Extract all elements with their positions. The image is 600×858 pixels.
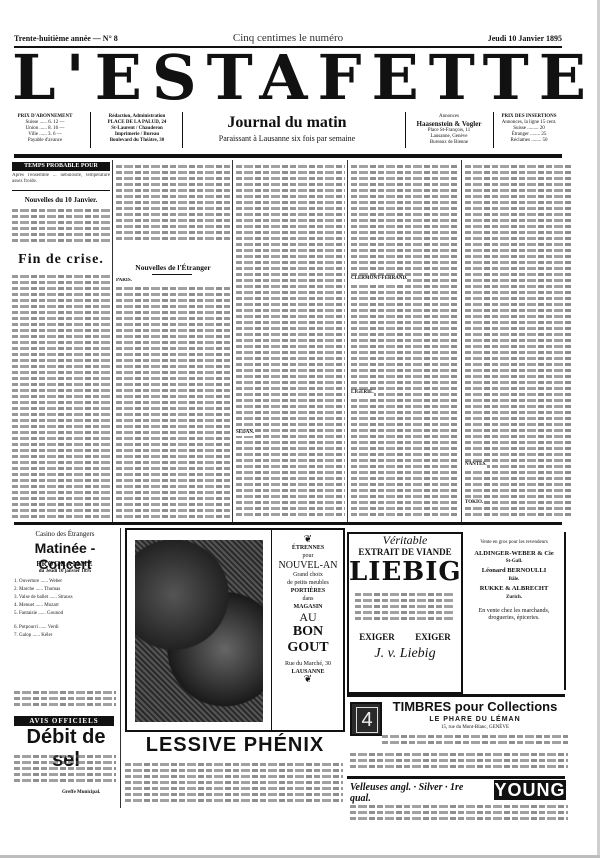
liebig-ad: Véritable EXTRAIT DE VIANDE LIEBIG EXIGE… [347, 532, 463, 694]
stamp-number: 4 [356, 707, 378, 733]
annonces-line: Bureaux de Bienne [408, 140, 490, 146]
text-lines [355, 590, 455, 623]
masthead-rule [14, 154, 562, 158]
foreign-news-body: PARIS. [116, 278, 230, 520]
bon-gout-text: ❦ ÉTRENNES pour NOUVEL-AN Grand choix de… [273, 536, 343, 684]
text-lines [350, 750, 568, 771]
section-rule [12, 190, 110, 191]
article-body: CLERMONT-FERRAND. LIGERIE. [351, 162, 459, 520]
bon-gout-line: NOUVEL-AN [273, 560, 343, 571]
column-divider [461, 160, 462, 522]
dateline-nantes: NANTES. [465, 462, 487, 468]
annonces-box: Annonces Haasenstein & Vogler Place St-F… [408, 114, 490, 146]
timbres-body [382, 732, 568, 748]
text-lines [14, 688, 116, 709]
box-divider [493, 112, 494, 148]
ad-divider [271, 530, 272, 730]
program-item: 7. Galop ...... Kéler [14, 632, 116, 640]
weather-text: Après l'ensemble ... nébulosité, tempéra… [12, 173, 110, 187]
program-item: 2. Marche ...... Thomas [14, 586, 116, 594]
bon-gout-line: Grand choix [273, 571, 343, 579]
bon-gout-line: pour [273, 552, 343, 560]
young-tagline: Velleuses angl. · Silver · 1re qual. [350, 782, 480, 804]
ad-rule [347, 776, 565, 779]
program-item: 6. Potpourri ...... Verdi [14, 624, 116, 632]
ornament-icon: ❦ [273, 536, 343, 544]
ads-top-rule [14, 522, 562, 525]
liebig-line: Véritable [349, 534, 461, 547]
dealers-ad: Vente en gros pour les revendeurs ALDING… [464, 532, 566, 690]
box-divider [90, 112, 91, 148]
subscription-box: PRIX D'ABONNEMENT Suisse ...... 6. 12 — … [12, 114, 78, 144]
ad-rule [347, 694, 565, 697]
tagline: Journal du matin [192, 114, 382, 132]
column-divider [112, 160, 113, 522]
program-item: 5. Fantaisie ...... Gounod [14, 610, 116, 618]
dealer-city: Zurich. [464, 594, 564, 602]
liebig-small-text [355, 590, 455, 628]
bon-gout-line: AU [273, 611, 343, 624]
heading-rule [152, 274, 192, 275]
markets-heading: Nouvelles du 10 Janvier. [12, 196, 110, 204]
dealer-name: ALDINGER-WEBER & Cie [464, 550, 564, 558]
program-item: 4. Menuet ...... Mozart [14, 602, 116, 610]
program-heading: PROGRAMME [12, 560, 118, 568]
dateline-sedan: SEDAN. [236, 430, 254, 436]
markets-body [12, 206, 110, 246]
concert-notes [14, 688, 116, 712]
bon-gout-line: PORTIÈRES [273, 587, 343, 595]
publication-frequency: Paraissant à Lausanne six fois par semai… [162, 134, 412, 143]
liebig-exiger-row: EXIGER EXIGER [349, 632, 461, 642]
box-divider [405, 112, 406, 148]
article-body: SEDAN. [236, 162, 345, 520]
text-lines [350, 802, 568, 822]
concert-venue: Casino des Étrangers [12, 530, 118, 538]
text-lines [14, 752, 116, 785]
stamp-icon: 4 [350, 702, 382, 736]
text-lines [116, 162, 230, 242]
crisis-heading: Fin de crise. [12, 252, 110, 268]
ornament-icon: ❦ [273, 676, 343, 684]
annonces-agency: Haasenstein & Vogler [408, 120, 490, 128]
column-divider [120, 528, 121, 808]
dealer-city: Bâle. [464, 576, 564, 584]
dealer-city: St-Gall. [464, 558, 564, 566]
dealers-footer: En vente chez les marchands, drogueries,… [464, 602, 564, 622]
dateline-clermont: CLERMONT-FERRAND. [351, 276, 407, 282]
bon-gout-line: dans [273, 595, 343, 603]
timbres-title: TIMBRES pour Collections [382, 699, 568, 714]
lessive-body [125, 760, 343, 810]
weather-banner: TEMPS PROBABLE POUR AUJOURD'HUI [12, 162, 110, 171]
article-body [116, 162, 230, 242]
avis-officiels-banner: AVIS OFFICIELS [14, 716, 114, 726]
article-body: NANTES. TOKIO. [465, 162, 571, 520]
text-lines [382, 732, 568, 747]
program-date: du Jeudi 10 janvier 1895 [12, 569, 118, 574]
bon-gout-line: Rue du Marché, 30 [273, 660, 343, 668]
bon-gout-line: ÉTRENNES [273, 544, 343, 552]
program-item: 3. Valse de ballet ...... Strauss [14, 594, 116, 602]
masthead-title: L'ESTAFETTE [12, 46, 562, 110]
text-lines [12, 206, 110, 245]
liebig-exiger: EXIGER [415, 632, 451, 642]
bon-gout-brand: BON GOUT [273, 624, 343, 656]
column-divider [347, 160, 348, 522]
debit-body [14, 752, 116, 788]
liebig-brand: LIEBIG [349, 558, 461, 586]
program-list: 1. Ouverture ...... Weber 2. Marche ....… [14, 578, 116, 688]
engraving-illustration [135, 540, 263, 722]
young-body [350, 802, 568, 822]
insertions-box: PRIX DES INSERTIONS Annonces, la ligne 1… [496, 114, 562, 144]
subscription-row: Payable d'avance [12, 138, 78, 144]
text-lines [351, 162, 459, 519]
column-divider [232, 160, 233, 522]
dealer-name: RUKKE & ALBRECHT [464, 584, 564, 594]
bon-gout-line: de petits meubles [273, 579, 343, 587]
masthead-subhead: PRIX D'ABONNEMENT Suisse ...... 6. 12 — … [12, 112, 562, 152]
foreign-news-heading: Nouvelles de l'Étranger [116, 263, 230, 272]
young-brand: YOUNG [494, 780, 566, 800]
text-lines [125, 760, 343, 805]
newspaper-page: Trente-huitième année — N° 8 Cinq centim… [12, 28, 574, 854]
liebig-exiger: EXIGER [359, 632, 395, 642]
timbres-address: 15, rue du Mont-Blanc, GENÈVE [382, 725, 568, 730]
liebig-signature-icon: J. v. Liebig [349, 646, 461, 662]
text-lines [12, 272, 110, 520]
dealer-name: Léonard BERNOULLI [464, 566, 564, 576]
debit-signature: Greffe Municipal. [62, 790, 100, 795]
timbres-subtitle: LE PHARE DU LÉMAN [382, 716, 568, 723]
crisis-body [12, 272, 110, 520]
dateline-tokio: TOKIO. [465, 500, 483, 506]
text-lines [236, 162, 345, 519]
dealers-intro: Vente en gros pour les revendeurs [464, 532, 564, 550]
timbres-body [350, 750, 568, 772]
lessive-phenix-title: LESSIVE PHÉNIX [125, 734, 345, 757]
dateline-ligerie: LIGERIE. [351, 390, 374, 396]
insertions-row: Réclames ........ 50 [496, 138, 562, 144]
dateline-paris: PARIS. [116, 278, 132, 283]
program-item: 1. Ouverture ...... Weber [14, 578, 116, 586]
bon-gout-ad: ❦ ÉTRENNES pour NOUVEL-AN Grand choix de… [125, 528, 345, 732]
text-lines [116, 284, 230, 520]
